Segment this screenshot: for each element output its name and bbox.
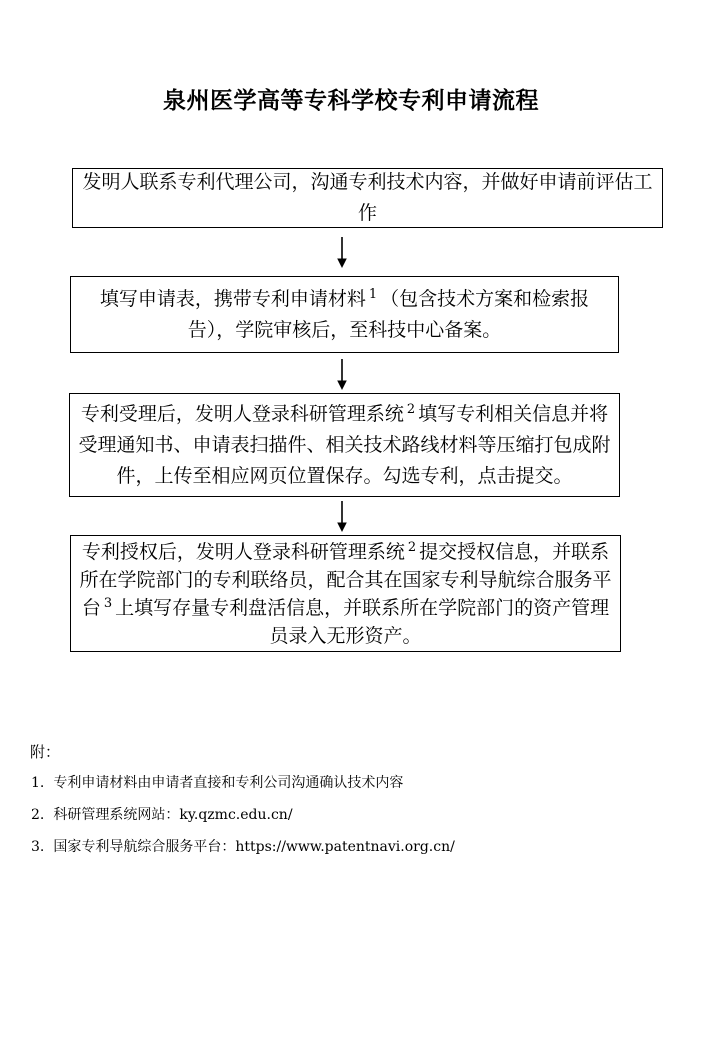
flow-step-4: 专利授权后，发明人登录科研管理系统2提交授权信息，并联系所在学院部门的专利联络员… (70, 535, 621, 652)
footnote-3: 3.国家专利导航综合服务平台：https://www.patentnavi.or… (31, 836, 455, 856)
footnote-1-text: 专利申请材料由申请者直接和专利公司沟通确认技术内容 (53, 775, 403, 791)
document-page: 泉州医学高等专科学校专利申请流程 发明人联系专利代理公司，沟通专利技术内容，并做… (0, 0, 702, 1040)
flow-step-3-text: 专利受理后，发明人登录科研管理系统2填写专利相关信息并将受理通知书、申请表扫描件… (78, 399, 611, 492)
footnote-1-number: 1. (31, 775, 44, 791)
flow-step-1-segment: 发明人联系专利代理公司，沟通专利技术内容，并做好申请前评估工作 (82, 171, 652, 224)
flow-step-3: 专利受理后，发明人登录科研管理系统2填写专利相关信息并将受理通知书、申请表扫描件… (69, 393, 620, 497)
flow-step-2-text: 填写申请表，携带专利申请材料1（包含技术方案和检索报告），学院审核后，至科技中心… (79, 284, 610, 346)
footnote-1: 1.专利申请材料由申请者直接和专利公司沟通确认技术内容 (31, 772, 403, 792)
footnote-2-number: 2. (31, 807, 44, 823)
flow-step-4-segment: 上填写存量专利盘活信息，并联系所在学院部门的资产管理员录入无形资产。 (115, 597, 609, 647)
flow-step-1-text: 发明人联系专利代理公司，沟通专利技术内容，并做好申请前评估工作 (81, 167, 654, 229)
down-arrow-icon (334, 358, 350, 390)
page-title: 泉州医学高等专科学校专利申请流程 (0, 82, 702, 115)
flow-step-3-segment: 专利受理后，发明人登录科研管理系统 (81, 403, 404, 425)
footnote-2-text: 科研管理系统网站：ky.qzmc.edu.cn/ (53, 807, 292, 823)
footnote-ref-2: 2 (407, 402, 415, 417)
footnote-ref-1: 1 (369, 287, 377, 302)
flow-step-4-text: 专利授权后，发明人登录科研管理系统2提交授权信息，并联系所在学院部门的专利联络员… (79, 538, 612, 650)
footnote-3-text: 国家专利导航综合服务平台：https://www.patentnavi.org.… (53, 839, 454, 855)
down-arrow-icon (334, 236, 350, 268)
down-arrow-icon (334, 500, 350, 532)
flow-step-2-segment: 填写申请表，携带专利申请材料 (100, 288, 366, 310)
appendix-label: 附： (30, 741, 60, 762)
flow-step-4-segment: 专利授权后，发明人登录科研管理系统 (82, 541, 405, 563)
footnote-3-number: 3. (31, 839, 44, 855)
flow-step-1: 发明人联系专利代理公司，沟通专利技术内容，并做好申请前评估工作 (72, 168, 663, 228)
flow-step-2: 填写申请表，携带专利申请材料1（包含技术方案和检索报告），学院审核后，至科技中心… (70, 276, 619, 353)
footnote-ref-3: 3 (104, 596, 112, 611)
footnote-ref-2: 2 (408, 540, 416, 555)
footnote-2: 2.科研管理系统网站：ky.qzmc.edu.cn/ (31, 804, 293, 824)
